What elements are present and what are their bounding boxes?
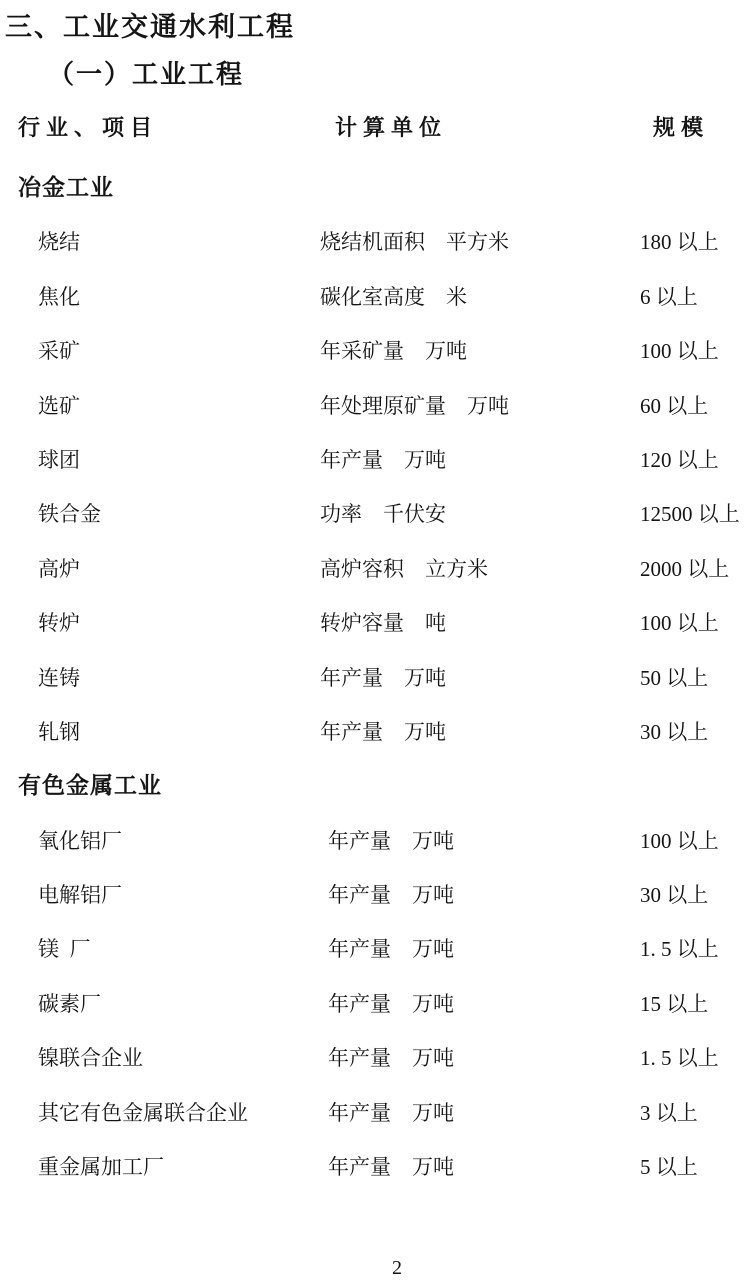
scale-cell: 30 以上: [640, 879, 708, 909]
scale-cell: 15 以上: [640, 988, 708, 1018]
unit-cell: 年产量 万吨: [328, 879, 454, 909]
scale-cell: 1. 5 以上: [640, 933, 719, 963]
project-cell: 烧结: [38, 226, 80, 256]
unit-cell: 转炉容量 吨: [320, 607, 446, 637]
table-row: 烧结 烧结机面积 平方米 180 以上: [0, 222, 748, 276]
scale-cell: 3 以上: [640, 1097, 698, 1127]
table-row: 镁 厂 年产量 万吨 1. 5 以上: [0, 929, 748, 983]
table-row: 高炉 高炉容积 立方米 2000 以上: [0, 549, 748, 603]
table-row: 氧化铝厂 年产量 万吨 100 以上: [0, 821, 748, 875]
page-subtitle: （一）工业工程: [48, 54, 244, 91]
project-cell: 轧钢: [38, 716, 80, 746]
column-header-row: 行业、项目 计算单位 规模: [0, 111, 748, 141]
unit-cell: 年产量 万吨: [320, 444, 446, 474]
project-cell: 焦化: [38, 281, 80, 311]
project-cell: 采矿: [38, 335, 80, 365]
project-cell: 镁 厂: [38, 933, 91, 963]
unit-cell: 烧结机面积 平方米: [320, 226, 509, 256]
scale-cell: 5 以上: [640, 1151, 698, 1181]
project-cell: 电解铝厂: [38, 879, 122, 909]
column-header-industry-project: 行业、项目: [18, 111, 158, 142]
scale-cell: 6 以上: [640, 281, 698, 311]
unit-cell: 年产量 万吨: [328, 825, 454, 855]
unit-cell: 年产量 万吨: [328, 933, 454, 963]
project-cell: 其它有色金属联合企业: [38, 1097, 248, 1127]
column-header-unit: 计算单位: [335, 111, 447, 142]
scale-cell: 100 以上: [640, 607, 719, 637]
unit-cell: 功率 千伏安: [320, 498, 446, 528]
project-cell: 选矿: [38, 390, 80, 420]
project-cell: 铁合金: [38, 498, 101, 528]
project-cell: 高炉: [38, 553, 80, 583]
unit-cell: 年产量 万吨: [328, 1097, 454, 1127]
scale-cell: 50 以上: [640, 662, 708, 692]
table-row: 铁合金 功率 千伏安 12500 以上: [0, 494, 748, 548]
unit-cell: 年产量 万吨: [328, 1151, 454, 1181]
project-cell: 重金属加工厂: [38, 1151, 164, 1181]
scale-cell: 100 以上: [640, 335, 719, 365]
unit-cell: 年处理原矿量 万吨: [320, 390, 509, 420]
column-header-scale: 规模: [653, 111, 709, 142]
section-header: 冶金工业: [18, 169, 114, 202]
table-row: 其它有色金属联合企业 年产量 万吨 3 以上: [0, 1093, 748, 1147]
page-title: 三、工业交通水利工程: [5, 5, 295, 44]
section-row-nonferrous: 有色金属工业: [0, 766, 748, 820]
table-row: 球团 年产量 万吨 120 以上: [0, 440, 748, 494]
table-row: 焦化 碳化室高度 米 6 以上: [0, 277, 748, 331]
scale-cell: 2000 以上: [640, 553, 729, 583]
table-row: 电解铝厂 年产量 万吨 30 以上: [0, 875, 748, 929]
section-header: 有色金属工业: [18, 767, 162, 800]
scale-cell: 100 以上: [640, 825, 719, 855]
unit-cell: 年采矿量 万吨: [320, 335, 467, 365]
scale-cell: 180 以上: [640, 226, 719, 256]
scale-cell: 12500 以上: [640, 498, 740, 528]
table-body: 冶金工业 烧结 烧结机面积 平方米 180 以上 焦化 碳化室高度 米 6 以上…: [0, 168, 748, 1201]
project-cell: 氧化铝厂: [38, 825, 122, 855]
document-page: 三、工业交通水利工程 （一）工业工程 行业、项目 计算单位 规模 冶金工业 烧结…: [0, 0, 748, 1286]
section-row-metallurgy: 冶金工业: [0, 168, 748, 222]
project-cell: 碳素厂: [38, 988, 101, 1018]
unit-cell: 年产量 万吨: [320, 662, 446, 692]
project-cell: 连铸: [38, 662, 80, 692]
table-row: 重金属加工厂 年产量 万吨 5 以上: [0, 1147, 748, 1201]
scale-cell: 30 以上: [640, 716, 708, 746]
unit-cell: 年产量 万吨: [328, 1042, 454, 1072]
project-cell: 镍联合企业: [38, 1042, 143, 1072]
unit-cell: 高炉容积 立方米: [320, 553, 488, 583]
table-row: 碳素厂 年产量 万吨 15 以上: [0, 984, 748, 1038]
project-cell: 球团: [38, 444, 80, 474]
table-row: 连铸 年产量 万吨 50 以上: [0, 658, 748, 712]
scale-cell: 1. 5 以上: [640, 1042, 719, 1072]
project-cell: 转炉: [38, 607, 80, 637]
unit-cell: 年产量 万吨: [320, 716, 446, 746]
unit-cell: 年产量 万吨: [328, 988, 454, 1018]
unit-cell: 碳化室高度 米: [320, 281, 467, 311]
table-row: 采矿 年采矿量 万吨 100 以上: [0, 331, 748, 385]
scale-cell: 60 以上: [640, 390, 708, 420]
table-row: 镍联合企业 年产量 万吨 1. 5 以上: [0, 1038, 748, 1092]
table-row: 选矿 年处理原矿量 万吨 60 以上: [0, 386, 748, 440]
page-number: 2: [392, 1257, 402, 1280]
table-row: 转炉 转炉容量 吨 100 以上: [0, 603, 748, 657]
scale-cell: 120 以上: [640, 444, 719, 474]
table-row: 轧钢 年产量 万吨 30 以上: [0, 712, 748, 766]
